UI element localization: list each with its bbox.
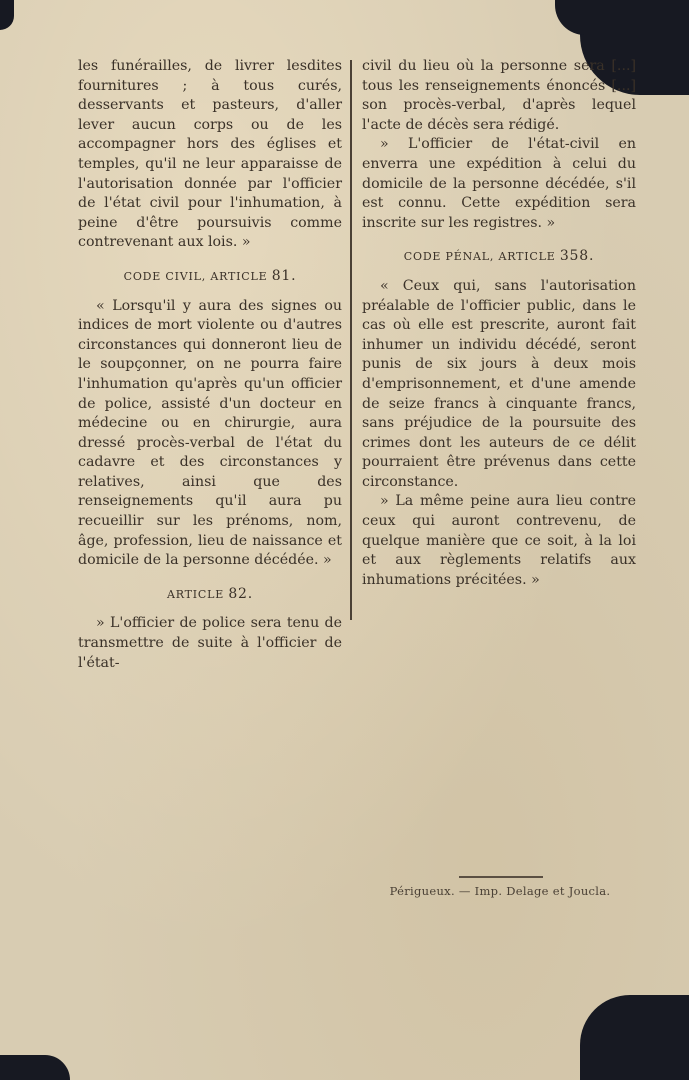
printer-imprint: Périgueux. — Imp. Delage et Joucla. — [370, 884, 630, 898]
heading-number: 81. — [272, 268, 297, 284]
torn-corner-bottom-right — [580, 995, 689, 1080]
paper-page: les funérailles, de livrer lesdites four… — [0, 0, 689, 1080]
left-continuation-text: les funérailles, de livrer lesdites four… — [78, 57, 342, 253]
heading-number: 82. — [228, 586, 253, 602]
torn-edge-top-left — [0, 0, 14, 30]
left-column: les funérailles, de livrer lesdites four… — [78, 57, 342, 673]
right-column: civil du lieu où la personne sera [...] … — [362, 57, 636, 590]
article-358-text: « Ceux qui, sans l'autorisation préalabl… — [362, 277, 636, 493]
heading-label: CODE PÉNAL, ARTICLE — [404, 250, 556, 263]
imprint-rule — [459, 876, 543, 878]
heading-code-civil-81: CODE CIVIL, ARTICLE 81. — [78, 267, 342, 287]
torn-edge-bottom-left — [0, 1055, 70, 1080]
article-358-last-paragraph: » La même peine aura lieu contre ceux qu… — [362, 492, 636, 590]
heading-label: ARTICLE — [167, 588, 224, 601]
heading-article-82: ARTICLE 82. — [78, 585, 342, 605]
heading-code-penal-358: CODE PÉNAL, ARTICLE 358. — [362, 247, 636, 267]
heading-number: 358. — [560, 248, 594, 264]
heading-label: CODE CIVIL, ARTICLE — [124, 270, 268, 283]
column-divider — [350, 60, 352, 620]
article-81-text: « Lorsqu'il y aura des signes ou indices… — [78, 297, 342, 571]
torn-edge-top-right — [555, 0, 615, 35]
article-82-text: » L'officier de police sera tenu de tran… — [78, 614, 342, 673]
right-paragraph-2: » L'officier de l'état-civil en enverra … — [362, 135, 636, 233]
right-continuation-text: civil du lieu où la personne sera [...] … — [362, 57, 636, 135]
